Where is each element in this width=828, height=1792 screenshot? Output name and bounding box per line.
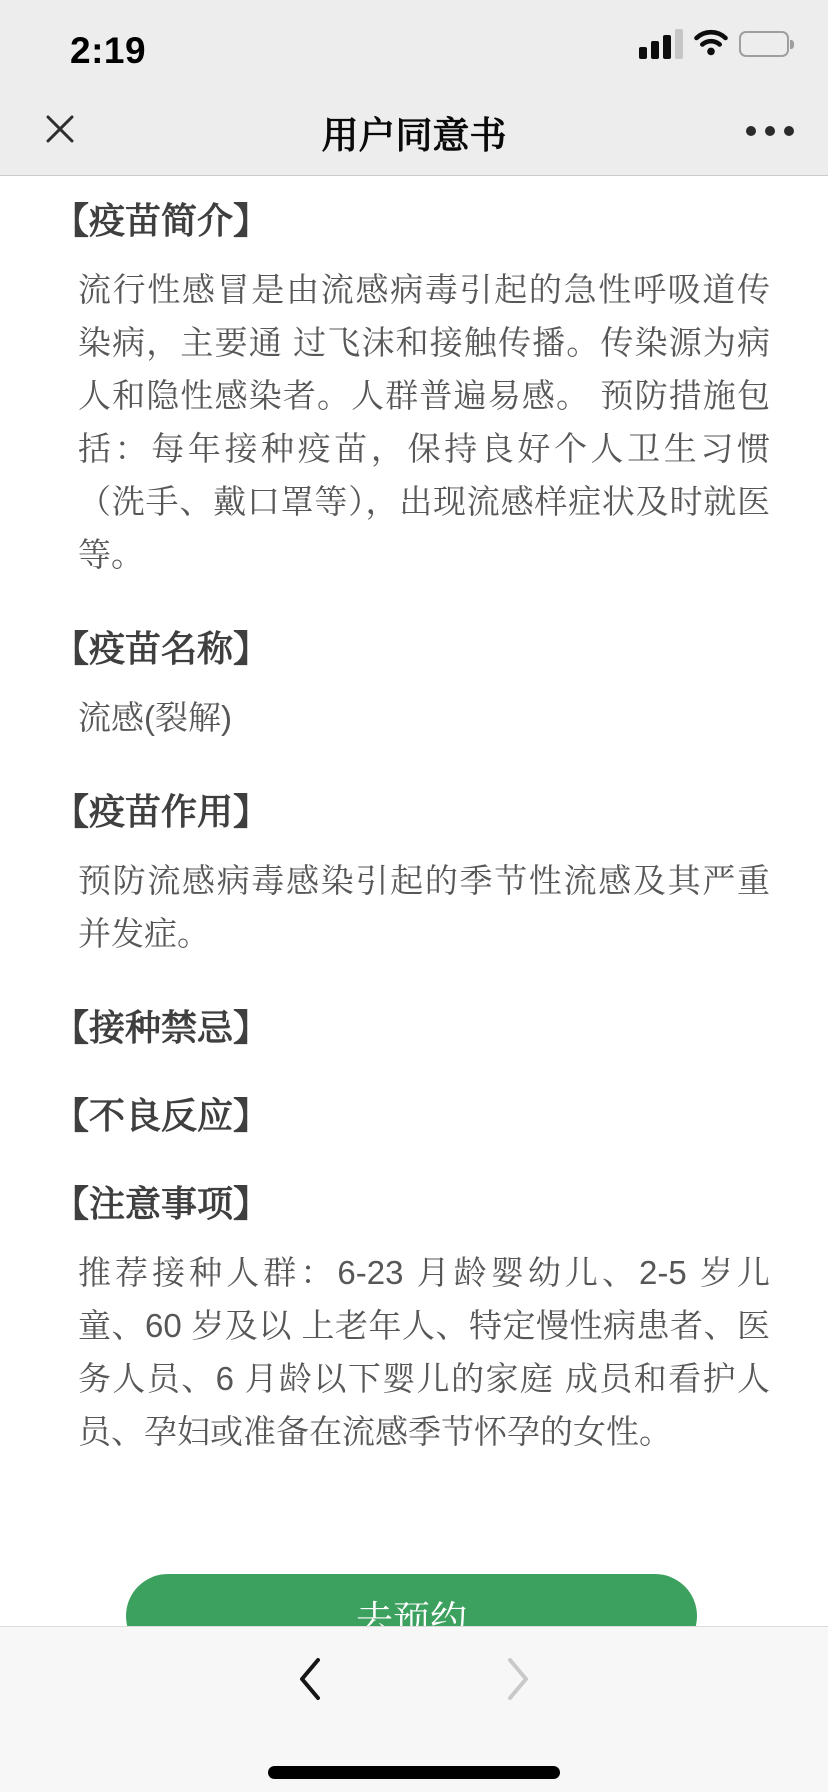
consent-document: 【疫苗简介】 流行性感冒是由流感病毒引起的急性呼吸道传染病，主要通 过飞沫和接触… — [0, 177, 828, 1626]
nav-bar: 用户同意书 — [0, 88, 828, 175]
more-button[interactable] — [746, 109, 794, 153]
section-body: 推荐接种人群：6-23 月龄婴幼儿、2-5 岁儿童、60 岁及以 上老年人、特定… — [78, 1246, 770, 1458]
battery-icon — [739, 31, 794, 57]
go-to-appointment-button[interactable]: 去预约 — [126, 1574, 697, 1626]
section-vaccine-intro: 【疫苗简介】 流行性感冒是由流感病毒引起的急性呼吸道传染病，主要通 过飞沫和接触… — [53, 201, 770, 581]
wifi-icon — [693, 28, 729, 61]
section-body: 流行性感冒是由流感病毒引起的急性呼吸道传染病，主要通 过飞沫和接触传播。传染源为… — [78, 263, 770, 581]
more-dots-icon — [746, 126, 794, 136]
browser-toolbar — [0, 1626, 828, 1792]
chevron-left-icon — [294, 1655, 326, 1708]
section-heading: 【接种禁忌】 — [53, 1008, 770, 1048]
section-adverse-reactions: 【不良反应】 — [53, 1096, 770, 1136]
section-precautions: 【注意事项】 推荐接种人群：6-23 月龄婴幼儿、2-5 岁儿童、60 岁及以 … — [53, 1184, 770, 1458]
section-contraindications: 【接种禁忌】 — [53, 1008, 770, 1048]
chevron-right-icon — [502, 1655, 534, 1708]
status-icons — [639, 0, 794, 88]
top-chrome: 2:19 用 — [0, 0, 828, 176]
forward-button[interactable] — [496, 1655, 540, 1707]
status-bar: 2:19 — [0, 0, 828, 88]
section-heading: 【疫苗简介】 — [53, 201, 770, 241]
section-vaccine-name: 【疫苗名称】 流感(裂解) — [53, 629, 770, 744]
status-time: 2:19 — [70, 30, 146, 72]
page-title: 用户同意书 — [0, 88, 828, 175]
back-button[interactable] — [288, 1655, 332, 1707]
section-body: 流感(裂解) — [78, 691, 770, 744]
home-indicator — [268, 1766, 560, 1779]
section-heading: 【疫苗作用】 — [53, 792, 770, 832]
section-heading: 【注意事项】 — [53, 1184, 770, 1224]
section-heading: 【疫苗名称】 — [53, 629, 770, 669]
section-body: 预防流感病毒感染引起的季节性流感及其严重 并发症。 — [78, 854, 770, 960]
cellular-signal-icon — [639, 29, 683, 59]
section-vaccine-effect: 【疫苗作用】 预防流感病毒感染引起的季节性流感及其严重 并发症。 — [53, 792, 770, 960]
section-heading: 【不良反应】 — [53, 1096, 770, 1136]
